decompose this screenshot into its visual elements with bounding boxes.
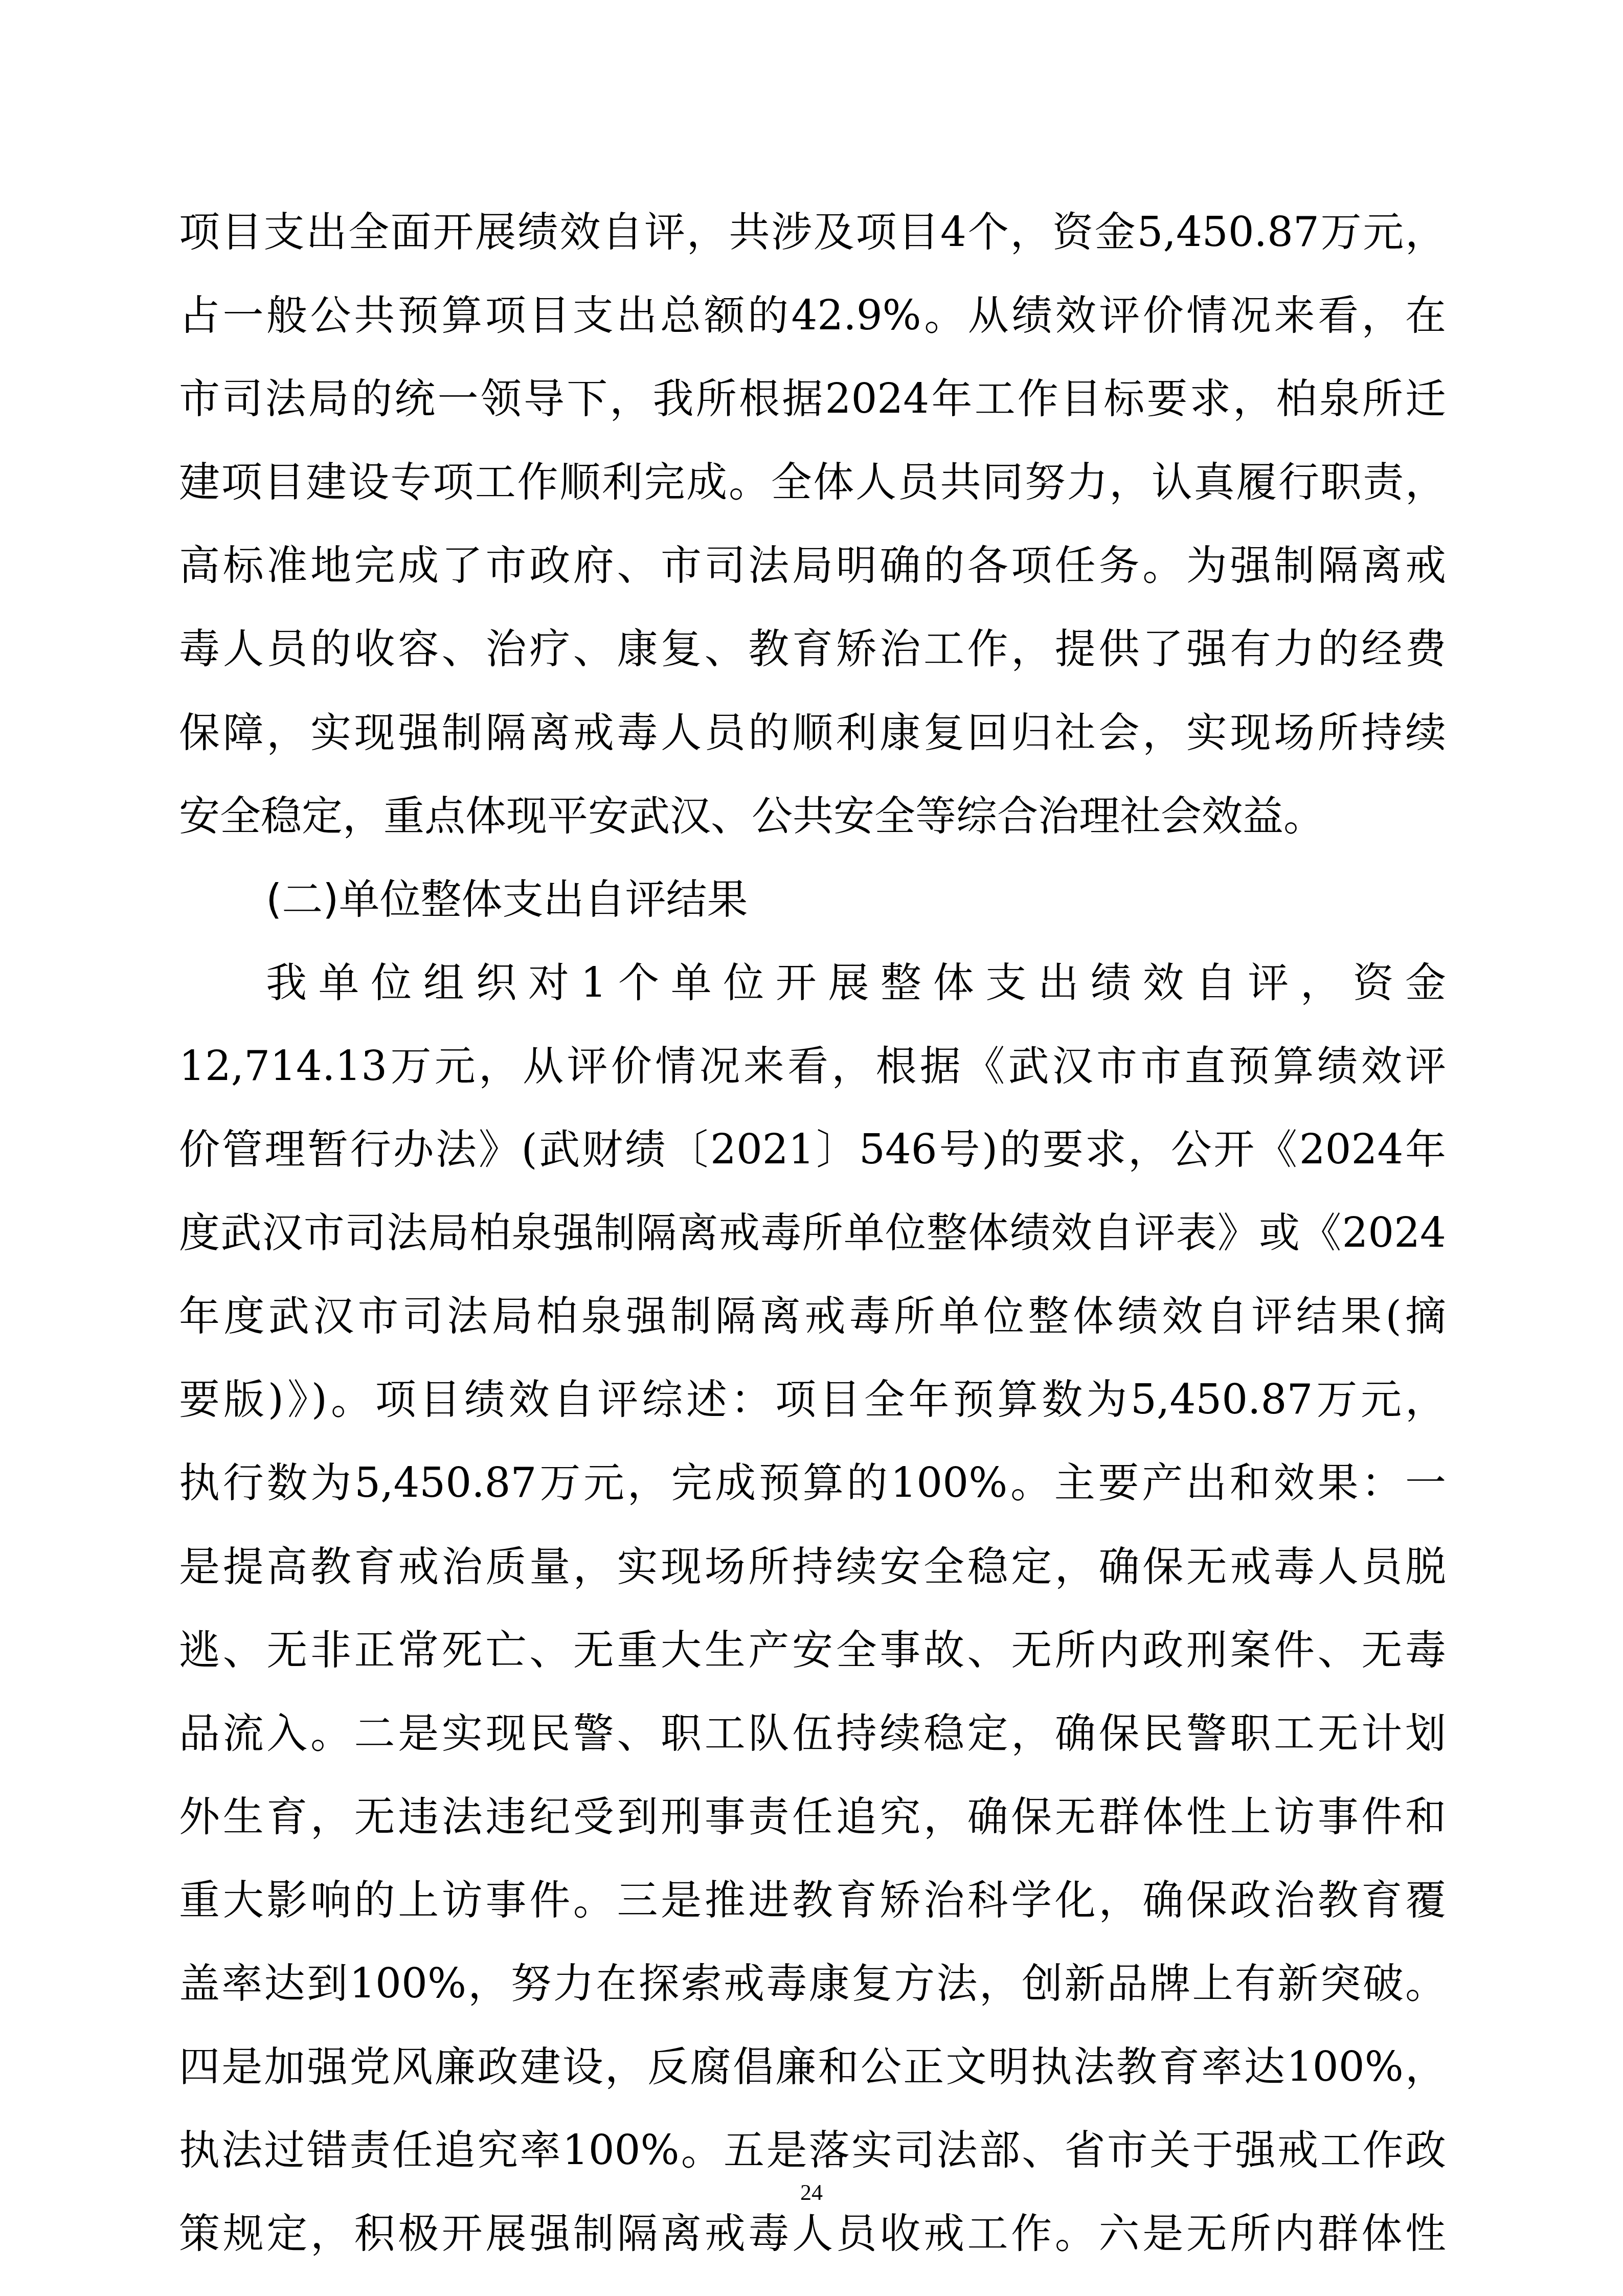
text-line: 重大影响的上访事件。三是推进教育矫治科学化，确保政治教育覆 <box>179 1858 1446 1942</box>
text-line: 市司法局的统一领导下，我所根据2024年工作目标要求，柏泉所迁 <box>179 357 1446 440</box>
page-number: 24 <box>0 2179 1623 2205</box>
text-line: 我单位组织对1个单位开展整体支出绩效自评，资金 <box>179 941 1446 1024</box>
text-line: 品流入。二是实现民警、职工队伍持续稳定，确保民警职工无计划 <box>179 1692 1446 1775</box>
text-line: 年度武汉市司法局柏泉强制隔离戒毒所单位整体绩效自评结果(摘 <box>179 1274 1446 1358</box>
text-line: 价管理暂行办法》(武财绩〔2021〕546号)的要求，公开《2024年 <box>179 1108 1446 1191</box>
text-line: 建项目建设专项工作顺利完成。全体人员共同努力，认真履行职责， <box>179 440 1446 524</box>
text-line: 保障，实现强制隔离戒毒人员的顺利康复回归社会，实现场所持续 <box>179 691 1446 774</box>
text-line: 逃、无非正常死亡、无重大生产安全事故、无所内政刑案件、无毒 <box>179 1608 1446 1692</box>
document-page: 项目支出全面开展绩效自评，共涉及项目4个，资金5,450.87万元， 占一般公共… <box>0 0 1623 2296</box>
section-heading-text: (二)单位整体支出自评结果 <box>179 858 1446 941</box>
text-line: 度武汉市司法局柏泉强制隔离戒毒所单位整体绩效自评表》或《2024 <box>179 1191 1446 1274</box>
text-line: 四是加强党风廉政建设，反腐倡廉和公正文明执法教育率达100%， <box>179 2025 1446 2108</box>
text-line: 执行数为5,450.87万元，完成预算的100%。主要产出和效果：一 <box>179 1441 1446 1524</box>
text-line: 是提高教育戒治质量，实现场所持续安全稳定，确保无戒毒人员脱 <box>179 1525 1446 1608</box>
text-line: 毒人员的收容、治疗、康复、教育矫治工作，提供了强有力的经费 <box>179 607 1446 690</box>
paragraph-project-summary: 项目支出全面开展绩效自评，共涉及项目4个，资金5,450.87万元， 占一般公共… <box>179 190 1446 858</box>
text-line: 盖率达到100%，努力在探索戒毒康复方法，创新品牌上有新突破。 <box>179 1942 1446 2025</box>
text-line: 安全稳定，重点体现平安武汉、公共安全等综合治理社会效益。 <box>179 774 1446 858</box>
text-line: 外生育，无违法违纪受到刑事责任追究，确保无群体性上访事件和 <box>179 1775 1446 1858</box>
text-line: 12,714.13万元，从评价情况来看，根据《武汉市市直预算绩效评 <box>179 1024 1446 1108</box>
text-line: 要版)》)。项目绩效自评综述：项目全年预算数为5,450.87万元， <box>179 1358 1446 1441</box>
text-line: 高标准地完成了市政府、市司法局明确的各项任务。为强制隔离戒 <box>179 524 1446 607</box>
body-text: 项目支出全面开展绩效自评，共涉及项目4个，资金5,450.87万元， 占一般公共… <box>179 190 1446 2275</box>
text-line: 占一般公共预算项目支出总额的42.9%。从绩效评价情况来看，在 <box>179 274 1446 357</box>
text-line: 项目支出全面开展绩效自评，共涉及项目4个，资金5,450.87万元， <box>179 190 1446 274</box>
section-heading: (二)单位整体支出自评结果 <box>179 858 1446 941</box>
paragraph-unit-overall-results: 我单位组织对1个单位开展整体支出绩效自评，资金 12,714.13万元，从评价情… <box>179 941 1446 2276</box>
